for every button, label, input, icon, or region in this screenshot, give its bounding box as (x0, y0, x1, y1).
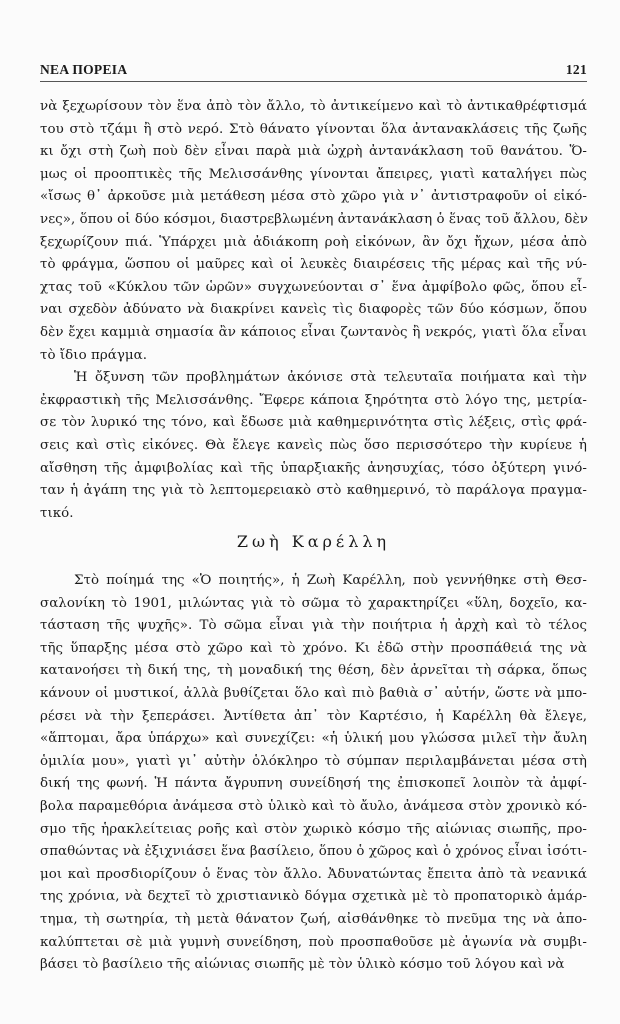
text-line: Στὸ ποίημά της «Ὁ ποιητής», ἡ Ζωὴ Καρέλλ… (40, 570, 587, 593)
text-line: ναι σχεδὸν ἀδύνατο νὰ διακρίνει κανεὶς τ… (40, 299, 587, 322)
page-body: νὰ ξεχωρίσουν τὸν ἕνα ἀπὸ τὸν ἄλλο, τὸ ἀ… (40, 96, 587, 525)
section-title: Ζωὴ Καρέλλη (40, 532, 587, 551)
text-line: βολα παραμεθόρια ἀνάμεσα στὸ ὑλικὸ καὶ τ… (40, 796, 587, 819)
header-rule (40, 81, 587, 82)
page-number: 121 (566, 62, 587, 78)
text-line: τάσταση τῆς ψυχῆς». Τὸ σῶμα εἶναι γιὰ τὴ… (40, 615, 587, 638)
text-line: Ἡ ὄξυνση τῶν προβλημάτων ἀκόνισε στὰ τελ… (40, 367, 587, 390)
text-line: «ἅπτομαι, ἄρα ὑπάρχω» καὶ συνεχίζει: «ἡ … (40, 728, 587, 751)
text-line: ἐκφραστικὴ τῆς Μελισσάνθης. Ἔφερε κάποια… (40, 390, 587, 413)
paragraph-3: Στὸ ποίημά της «Ὁ ποιητής», ἡ Ζωὴ Καρέλλ… (40, 570, 587, 977)
running-header: ΝΕΑ ΠΟΡΕΙΑ 121 (40, 62, 587, 78)
text-line: του στὸ τζάμι ἢ στὸ νερό. Στὸ θάνατο γίν… (40, 119, 587, 142)
text-line: ξεχωρίζουν πιά. Ὑπάρχει μιὰ ἀδιάκοπη ροὴ… (40, 232, 587, 255)
text-line: ρέσει νὰ τὴν ξεπεράσει. Ἀντίθετα ἀπ᾽ τὸν… (40, 706, 587, 729)
text-line: τὸ φράγμα, ὥσπου οἱ μαῦρες καὶ οἱ λευκὲς… (40, 254, 587, 277)
text-line: σμο τῆς ἡρακλείτειας ροῆς καὶ στὸν χωρικ… (40, 819, 587, 842)
text-line: σαλονίκη τὸ 1901, μιλώντας γιὰ τὸ σῶμα τ… (40, 593, 587, 616)
text-line: δὲν ἔχει καμμιὰ σημασία ἂν κάποιος εἶναι… (40, 322, 587, 345)
text-line: δική της φωνή. Ἡ πάντα ἄγρυπνη συνείδησή… (40, 773, 587, 796)
text-line: μως οἱ προοπτικὲς τῆς Μελισσάνθης γίνοντ… (40, 164, 587, 187)
text-line: ὁμιλία μου», γιατὶ γι᾽ αὐτὴν ὁλόκληρο τὸ… (40, 751, 587, 774)
text-line: χτας τοῦ «Κύκλου τῶν ὡρῶν» συγχωνεύονται… (40, 277, 587, 300)
text-line: σπαθώντας νὰ ἐξιχνιάσει ἕνα βασίλειο, ὅπ… (40, 841, 587, 864)
running-title: ΝΕΑ ΠΟΡΕΙΑ (40, 62, 127, 78)
text-line: σε τὸν λυρικό της τόνο, καὶ ἔδωσε μιὰ κα… (40, 412, 587, 435)
text-line: μοι καὶ προσδιορίζουν ὁ ἕνας τὸν ἄλλο. Ἀ… (40, 864, 587, 887)
text-line: ταν ἡ ἀγάπη της γιὰ τὸ λεπτομερειακὸ στὸ… (40, 480, 587, 503)
text-line: κατανοήσει τὴ δική της, τὴ μοναδική της … (40, 660, 587, 683)
paragraph-1: νὰ ξεχωρίσουν τὸν ἕνα ἀπὸ τὸν ἄλλο, τὸ ἀ… (40, 96, 587, 367)
paragraph-2: Ἡ ὄξυνση τῶν προβλημάτων ἀκόνισε στὰ τελ… (40, 367, 587, 525)
text-line: τὸ ἴδιο πράγμα. (40, 345, 587, 368)
text-line: νὰ ξεχωρίσουν τὸν ἕνα ἀπὸ τὸν ἄλλο, τὸ ἀ… (40, 96, 587, 119)
text-line: «ἴσως θ᾽ ἀρκοῦσε μιὰ μετάθεση μέσα στὸ χ… (40, 186, 587, 209)
text-line: κι ὄχι στὴ ζωὴ ποὺ δὲν εἶναι παρὰ μιὰ ὠχ… (40, 141, 587, 164)
text-line: της χρόνια, νὰ δεχτεῖ τὸ χριστιανικὸ δόγ… (40, 886, 587, 909)
text-line: νες», ὅπου οἱ δύο κόσμοι, διαστρεβλωμένη… (40, 209, 587, 232)
text-line: καλύπτεται σὲ μιὰ γυμνὴ συνείδηση, ποὺ π… (40, 932, 587, 955)
text-line: αἴσθηση τῆς ἀμφιβολίας καὶ τῆς ὑπαρξιακῆ… (40, 458, 587, 481)
text-line: τικό. (40, 503, 587, 526)
text-line: βάσει τὸ βασίλειο τῆς αἰώνιας σιωπῆς μὲ … (40, 954, 587, 977)
text-line: τῆς ὕπαρξης μέσα στὸ χῶρο καὶ τὸ χρόνο. … (40, 638, 587, 661)
text-line: σεις καὶ στὶς εἰκόνες. Θὰ ἔλεγε κανεὶς π… (40, 435, 587, 458)
text-line: κάνουν οἱ μυστικοί, ἀλλὰ βυθίζεται ὅλο κ… (40, 683, 587, 706)
text-line: τημα, τὴ σωτηρία, τὴ μετὰ θάνατον ζωή, α… (40, 909, 587, 932)
